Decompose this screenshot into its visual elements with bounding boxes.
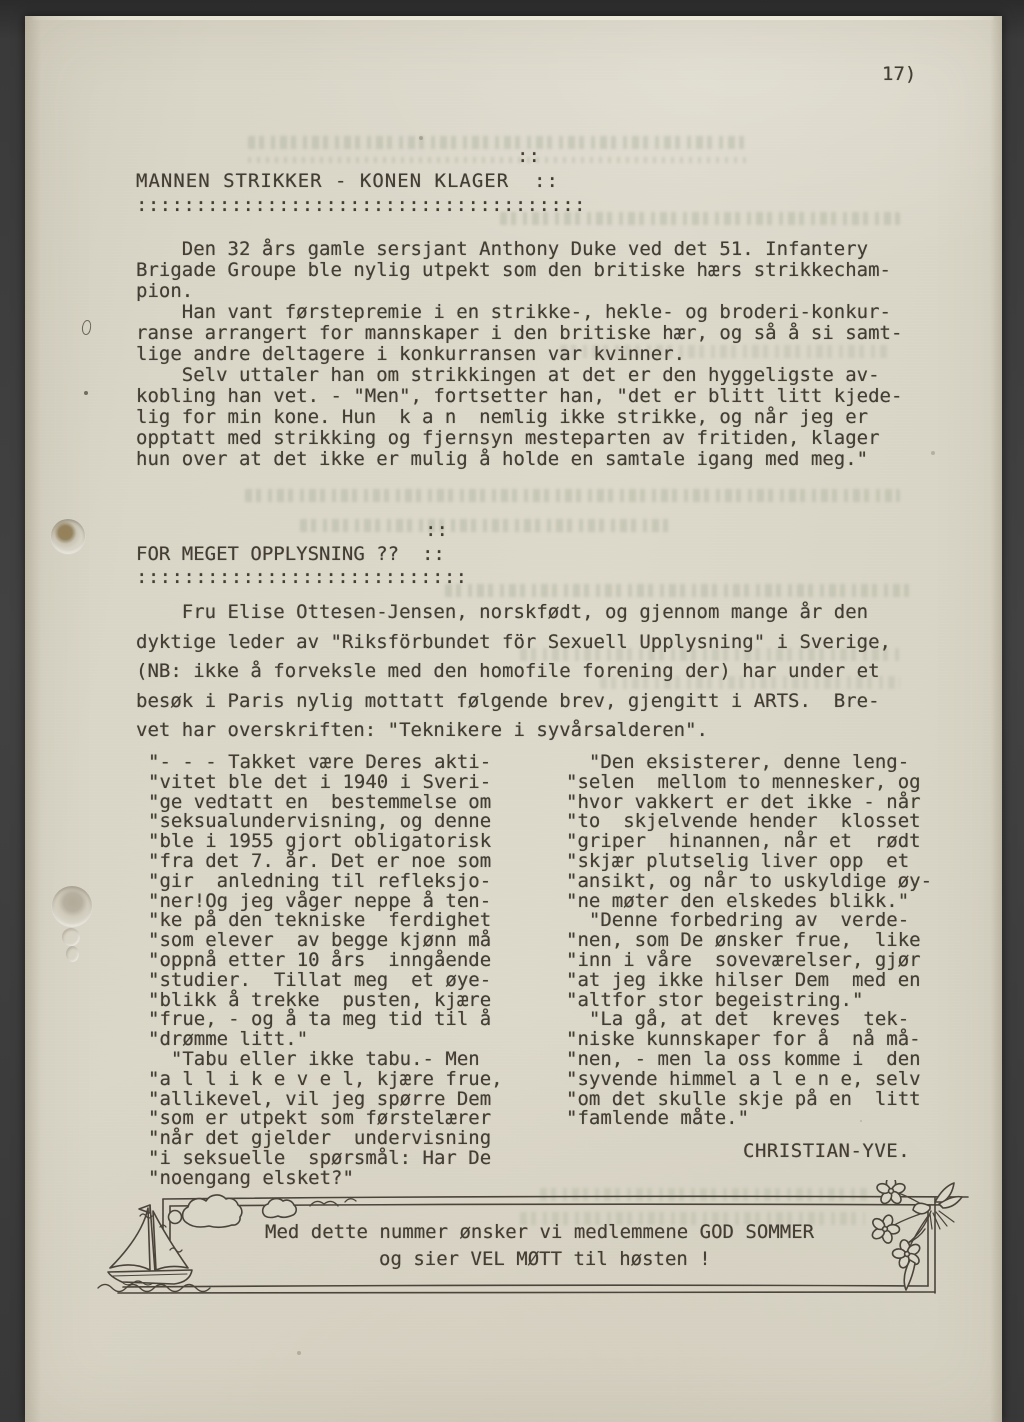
text-line: opptatt med strikking og fjernsyn mestep… — [136, 428, 902, 449]
text-line: "drømme litt." — [148, 1030, 503, 1050]
text-line: "selen mellom to mennesker, og — [566, 773, 932, 793]
border-line — [928, 1198, 935, 1293]
text-line: kobling han vet. - "Men", fortsetter han… — [136, 386, 902, 407]
punch-hole — [52, 886, 92, 926]
section1-overline: :: — [517, 146, 540, 167]
punch-hole — [51, 519, 85, 553]
border-line — [163, 1196, 968, 1199]
text-line: "a l l i k e v e l, kjære frue, — [148, 1070, 503, 1090]
text-line: "fra det 7. år. Det er noe som — [148, 852, 503, 872]
bleed-through-underline — [248, 157, 751, 163]
section1-underline: :::::::::::::::::::::::::::::::::::::: — [136, 194, 586, 216]
bleed-through-line — [248, 136, 745, 149]
text-line: Selv uttaler han om strikkingen at det e… — [136, 365, 902, 386]
text-line: "studier. Tillat meg et øye- — [148, 971, 503, 991]
text-line: hun over at det ikke er mulig å holde en… — [136, 449, 902, 470]
text-line: Han vant førstepremie i en strikke-, hek… — [136, 302, 902, 323]
text-line: (NB: ikke å forveksle med den homofile f… — [136, 657, 891, 687]
text-line: "ansikt, og når to uskyldige øy- — [566, 872, 932, 892]
section1-body: Den 32 års gamle sersjant Anthony Duke v… — [136, 239, 902, 470]
letter-signature: CHRISTIAN-YVE. — [743, 1141, 910, 1162]
text-line: Fru Elise Ottesen-Jensen, norskfødt, og … — [136, 598, 891, 628]
letter-column-right: "Den eksisterer, denne leng-"selen mello… — [566, 753, 932, 1129]
bleed-through-line — [445, 584, 910, 597]
bleed-through-line — [300, 519, 670, 532]
section2-body: Fru Elise Ottesen-Jensen, norskfødt, og … — [136, 598, 891, 746]
section2-underline: :::::::::::::::::::::::::::: — [136, 566, 468, 588]
text-line: besøk i Paris nylig mottatt følgende bre… — [136, 687, 891, 717]
bleed-through-line — [245, 489, 900, 502]
paper-dent — [66, 946, 79, 962]
text-line: "når det gjelder undervisning — [148, 1129, 503, 1149]
paper-dent — [62, 928, 80, 946]
text-line: "skjær plutselig liver opp et — [566, 852, 932, 872]
text-line: "Den eksisterer, denne leng- — [566, 753, 932, 773]
text-line: "syvende himmel a l e n e, selv — [566, 1070, 932, 1090]
text-line: "i seksuelle spørsmål: Har De — [148, 1149, 503, 1169]
text-line: Den 32 års gamle sersjant Anthony Duke v… — [136, 239, 902, 260]
text-line: "gir anledning til refleksjo- — [148, 872, 503, 892]
text-line: Brigade Groupe ble nylig utpekt som den … — [136, 260, 902, 281]
paper-top-edge — [32, 16, 994, 20]
text-line: "at jeg ikke hilser Dem med en — [566, 971, 932, 991]
text-line: "oppnå etter 10 års inngående — [148, 951, 503, 971]
text-line: "niske kunnskaper for å nå må- — [566, 1030, 932, 1050]
border-line — [123, 1285, 928, 1287]
footer-message-line1: Med dette nummer ønsker vi medlemmene GO… — [265, 1222, 814, 1243]
scan-background: 17) :: MANNEN STRIKKER - KONEN KLAGER ::… — [0, 0, 1024, 1422]
text-line: "famlende måte." — [566, 1109, 932, 1129]
page-number: 17) — [882, 64, 916, 85]
text-line: "som elever av begge kjønn må — [148, 931, 503, 951]
letter-column-left: "- - - Takket være Deres akti-"vitet ble… — [148, 753, 503, 1189]
text-line: dyktige leder av "Riksförbundet för Sexu… — [136, 628, 891, 658]
stray-ink-mark — [84, 391, 88, 395]
section2-title: FOR MEGET OPPLYSNING ?? :: — [136, 543, 445, 565]
text-line: "inn i våre soveværelser, gjør — [566, 951, 932, 971]
section2-overline: :: — [425, 520, 448, 541]
text-line: vet har overskriften: "Teknikere i syvår… — [136, 716, 891, 746]
text-line: lige andre deltagere i konkurransen var … — [136, 344, 902, 365]
text-line: "ble i 1955 gjort obligatorisk — [148, 832, 503, 852]
border-line — [118, 1292, 935, 1293]
paper-specks — [0, 0, 2, 2]
text-line: pion. — [136, 281, 902, 302]
text-line: lig for min kone. Hun k a n nemlig ikke … — [136, 407, 902, 428]
text-line: "nen, som De ønsker frue, like — [566, 931, 932, 951]
text-line: "- - - Takket være Deres akti- — [148, 753, 503, 773]
text-line: "Tabu eller ikke tabu.- Men — [148, 1050, 503, 1070]
section1-title: MANNEN STRIKKER - KONEN KLAGER :: — [136, 170, 559, 192]
text-line: "vitet ble det i 1940 i Sveri- — [148, 773, 503, 793]
text-line: "nen, - men la oss komme i den — [566, 1050, 932, 1070]
footer-message-line2: og sier VEL MØTT til høsten ! — [379, 1249, 711, 1270]
text-line: "griper hinannen, når et rødt — [566, 832, 932, 852]
text-line: ranse arrangert for mannskaper i den bri… — [136, 323, 902, 344]
